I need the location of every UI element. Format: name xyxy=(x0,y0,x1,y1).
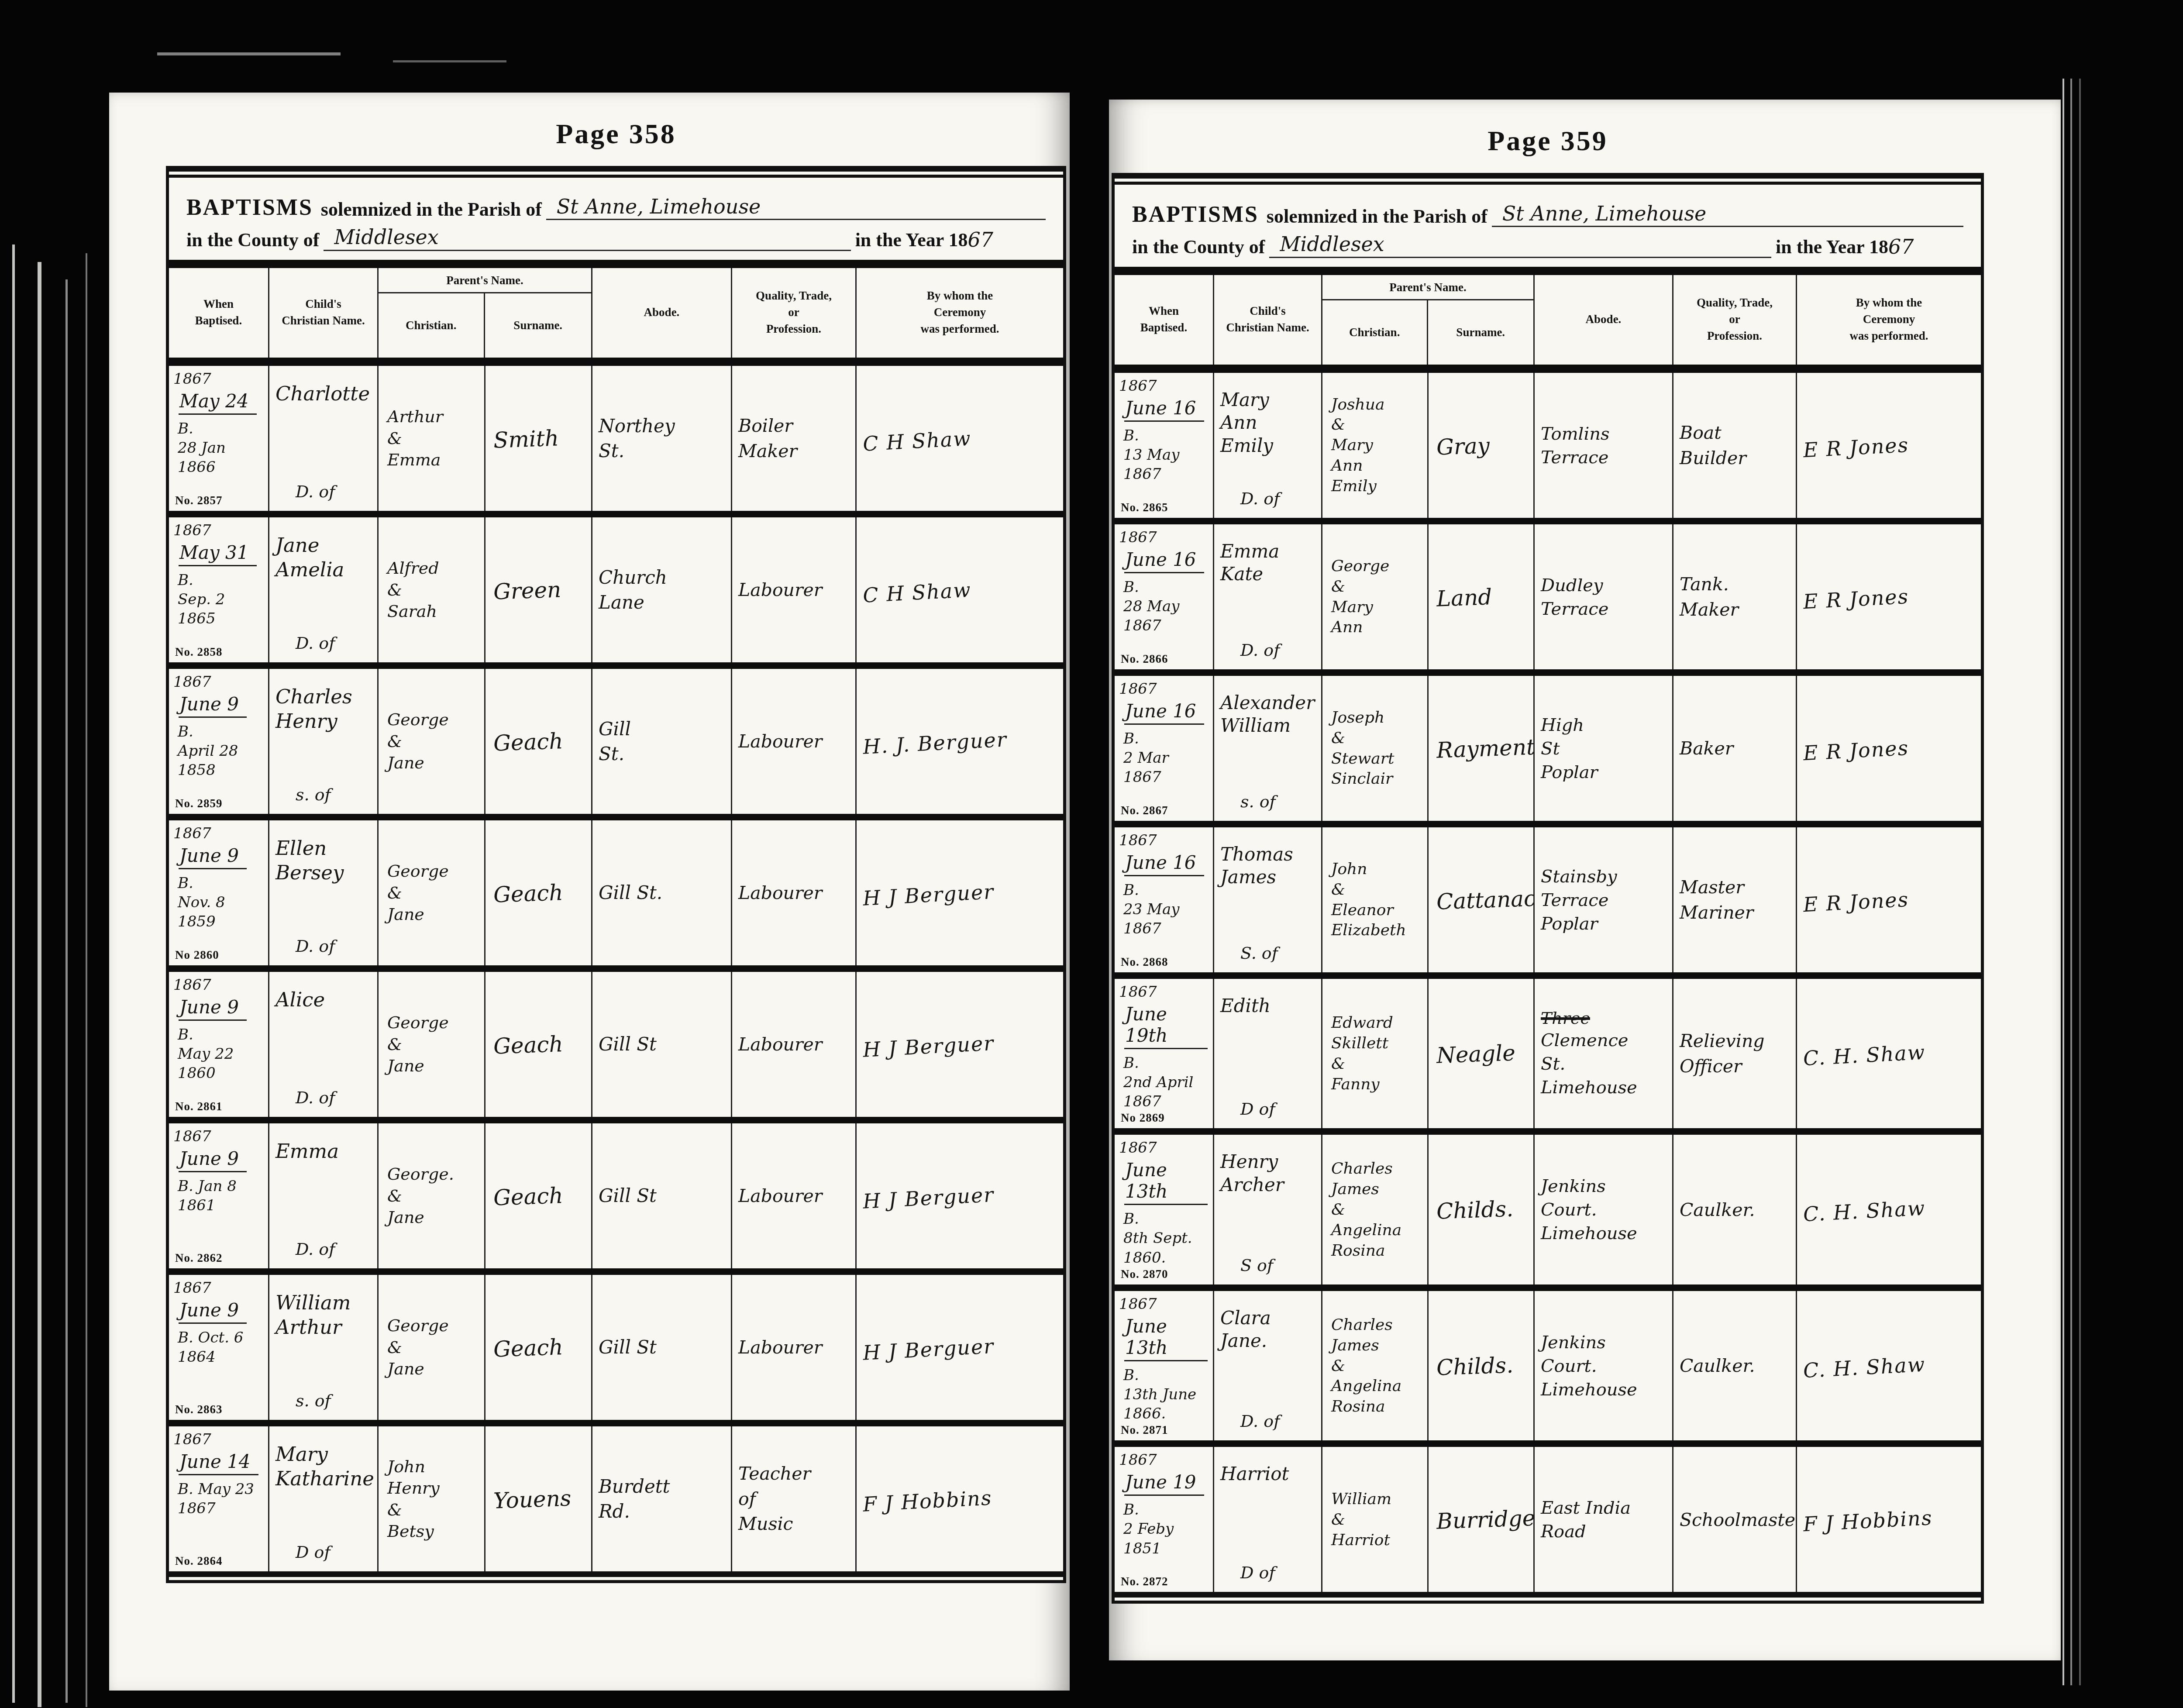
cell-parents-christian: Charles James & Angelina Rosina xyxy=(1322,1135,1429,1284)
cell-when-baptised: 1867 June 16 B. 2 Mar 1867 No. 2867 xyxy=(1115,676,1214,821)
child-name: Ellen Bersey xyxy=(275,836,372,885)
cell-abode: Stainsby Terrace Poplar xyxy=(1535,827,1673,972)
county-name: Middlesex xyxy=(1280,232,1384,256)
cell-parents-christian: Edward Skillett & Fanny xyxy=(1322,979,1429,1129)
column-header-child: Child's Christian Name. xyxy=(269,268,379,358)
entry-year: 1867 xyxy=(173,825,263,842)
profession: Labourer xyxy=(738,729,850,754)
film-edge-streak xyxy=(38,262,41,1707)
cell-minister: E R Jones xyxy=(1797,827,1981,972)
cell-minister: H. J. Berguer xyxy=(857,669,1063,814)
entry-number: No. 2867 xyxy=(1121,804,1208,817)
cell-when-baptised: 1867 June 9 B. Nov. 8 1859 No 2860 xyxy=(169,820,269,965)
family-surname: Rayment xyxy=(1436,734,1529,763)
birth-note: B. Nov. 8 1859 xyxy=(178,874,263,932)
cell-surname: Gray xyxy=(1429,373,1535,518)
cell-parents-christian: Joseph & Stewart Sinclair xyxy=(1322,676,1429,821)
cell-child-name: Thomas James S. of xyxy=(1214,827,1322,972)
cell-parents-christian: Arthur & Emma xyxy=(379,366,485,511)
cell-child-name: William Arthur s. of xyxy=(269,1275,379,1420)
cell-parents-christian: George & Mary Ann xyxy=(1322,524,1429,669)
minister-signature: H. J. Berguer xyxy=(862,725,1058,758)
profession: Caulker. xyxy=(1680,1353,1790,1378)
child-relation: D. of xyxy=(296,1088,372,1107)
parents-names: John & Eleanor Elizabeth xyxy=(1331,859,1422,941)
entry-year: 1867 xyxy=(1119,1139,1208,1157)
table-row: 1867 June 16 B. 13 May 1867 No. 2865 Mar… xyxy=(1115,373,1981,524)
baptism-date: June 9 xyxy=(179,1148,247,1172)
profession: Boat Builder xyxy=(1680,420,1790,471)
cell-abode: Church Lane xyxy=(592,517,732,662)
abode: East India Road xyxy=(1541,1496,1667,1543)
parents-names: Edward Skillett & Fanny xyxy=(1331,1013,1422,1095)
profession: Labourer xyxy=(738,1335,850,1360)
abode: Tomlins Terrace xyxy=(1541,422,1667,469)
cell-profession: Caulker. xyxy=(1673,1135,1797,1284)
child-name: Charlotte xyxy=(275,382,372,406)
profession: Labourer xyxy=(738,1184,850,1209)
entry-year: 1867 xyxy=(173,370,263,388)
profession: Relieving Officer xyxy=(1680,1029,1790,1079)
baptism-date: June 9 xyxy=(179,1299,247,1324)
baptism-date: May 31 xyxy=(179,542,257,566)
header-line2-text: in the County of xyxy=(186,230,319,251)
table-row: 1867 June 19 B. 2 Feby 1851 No. 2872 Har… xyxy=(1115,1447,1981,1592)
film-edge-streak xyxy=(65,279,68,1703)
profession: Teacher of Music xyxy=(738,1461,850,1536)
birth-note: B. 2nd April 1867 xyxy=(1123,1054,1208,1112)
column-header-child: Child's Christian Name. xyxy=(1214,275,1322,365)
minister-signature: E R Jones xyxy=(1803,429,1976,462)
cell-minister: F J Hobbins xyxy=(857,1426,1063,1571)
cell-minister: C H Shaw xyxy=(857,517,1063,662)
table-row: 1867 June 9 B. Oct. 6 1864 No. 2863 Will… xyxy=(169,1275,1063,1426)
minister-signature: E R Jones xyxy=(1803,884,1976,916)
cell-parents-christian: Charles James & Angelina Rosina xyxy=(1322,1291,1429,1441)
abode: Dudley Terrace xyxy=(1541,574,1667,621)
child-relation: D of xyxy=(296,1543,372,1562)
cell-minister: C H Shaw xyxy=(857,366,1063,511)
cell-surname: Geach xyxy=(485,1275,592,1420)
entry-year: 1867 xyxy=(173,976,263,994)
abode: High St Poplar xyxy=(1541,713,1667,784)
birth-note: B. Oct. 6 1864 xyxy=(178,1328,263,1367)
baptism-date: June 16 xyxy=(1124,700,1204,725)
cell-minister: C. H. Shaw xyxy=(1797,979,1981,1129)
cell-abode: Jenkins Court. Limehouse xyxy=(1535,1291,1673,1441)
film-top-artifact xyxy=(393,60,506,62)
cell-minister: C. H. Shaw xyxy=(1797,1291,1981,1441)
baptism-date: June 16 xyxy=(1124,397,1204,422)
cell-when-baptised: 1867 June 9 B. Jan 8 1861 No. 2862 xyxy=(169,1123,269,1268)
child-relation: s. of xyxy=(296,785,372,804)
entry-number: No. 2868 xyxy=(1121,955,1208,969)
table-row: 1867 June 9 B. May 22 1860 No. 2861 Alic… xyxy=(169,972,1063,1123)
cell-profession: Baker xyxy=(1673,676,1797,821)
table-row: 1867 May 31 B. Sep. 2 1865 No. 2858 Jane… xyxy=(169,517,1063,669)
cell-surname: Burridge xyxy=(1429,1447,1535,1592)
table-row: 1867 June 16 B. 2 Mar 1867 No. 2867 Alex… xyxy=(1115,676,1981,827)
cell-parents-christian: William & Harriot xyxy=(1322,1447,1429,1592)
cell-child-name: Emma D. of xyxy=(269,1123,379,1268)
birth-note: B. Jan 8 1861 xyxy=(178,1177,263,1215)
birth-note: B. 2 Mar 1867 xyxy=(1123,729,1208,787)
cell-profession: Master Mariner xyxy=(1673,827,1797,972)
minister-signature: E R Jones xyxy=(1803,581,1976,613)
rows-container: 1867 May 24 B. 28 Jan 1866 No. 2857 Char… xyxy=(169,366,1063,1571)
cell-parents-christian: George & Jane xyxy=(379,820,485,965)
cell-profession: Boiler Maker xyxy=(732,366,857,511)
cell-child-name: Harriot D of xyxy=(1214,1447,1322,1592)
family-surname: Geach xyxy=(493,879,586,907)
cell-parents-christian: George. & Jane xyxy=(379,1123,485,1268)
child-relation: S. of xyxy=(1240,944,1316,963)
parents-names: George & Mary Ann xyxy=(1331,556,1422,638)
child-relation: s. of xyxy=(1240,792,1316,811)
birth-note: B. 13 May 1867 xyxy=(1123,426,1208,484)
scanned-register-spread: { "columns": { "when": "When\nBaptised."… xyxy=(0,0,2183,1708)
cell-surname: Geach xyxy=(485,972,592,1117)
minister-signature: C H Shaw xyxy=(862,422,1058,455)
baptism-date: June 19th xyxy=(1124,1003,1208,1049)
baptism-date: May 24 xyxy=(179,390,257,415)
year-value: 67 xyxy=(968,229,994,251)
family-surname: Cattanach xyxy=(1436,886,1529,914)
table-row: 1867 June 16 B. 28 May 1867 No. 2866 Emm… xyxy=(1115,524,1981,676)
child-relation: S of xyxy=(1240,1256,1316,1275)
minister-signature: C. H. Shaw xyxy=(1803,1194,1976,1226)
abode: Gill St xyxy=(599,1184,726,1209)
entry-year: 1867 xyxy=(1119,529,1208,546)
column-header-bywhom: By whom the Ceremony was performed. xyxy=(1797,275,1981,365)
column-header-abode: Abode. xyxy=(592,268,732,358)
cell-abode: Northey St. xyxy=(592,366,732,511)
minister-signature: C. H. Shaw xyxy=(1803,1350,1976,1383)
parents-names: George & Jane xyxy=(387,861,479,925)
entry-year: 1867 xyxy=(173,1128,263,1145)
cell-minister: H J Berguer xyxy=(857,1275,1063,1420)
birth-note: B. 2 Feby 1851 xyxy=(1123,1500,1208,1558)
child-name: Mary Ann Emily xyxy=(1220,389,1316,458)
column-header-christian: Christian. xyxy=(379,293,485,357)
family-surname: Burridge xyxy=(1436,1506,1529,1534)
parents-names: George & Jane xyxy=(387,709,479,774)
entry-number: No. 2870 xyxy=(1121,1267,1208,1281)
cell-parents-christian: Joshua & Mary Ann Emily xyxy=(1322,373,1429,518)
cell-profession: Labourer xyxy=(732,1275,857,1420)
parents-names: Joshua & Mary Ann Emily xyxy=(1331,395,1422,497)
abode: Stainsby Terrace Poplar xyxy=(1541,865,1667,936)
minister-signature: H J Berguer xyxy=(862,1179,1058,1213)
table-row: 1867 June 9 B. Nov. 8 1859 No 2860 Ellen… xyxy=(169,820,1063,972)
column-header-surname: Surname. xyxy=(485,293,592,357)
column-header-bywhom: By whom the Ceremony was performed. xyxy=(857,268,1063,358)
cell-abode: Dudley Terrace xyxy=(1535,524,1673,669)
child-relation: s. of xyxy=(296,1391,372,1410)
cell-child-name: Emma Kate D. of xyxy=(1214,524,1322,669)
parents-names: George & Jane xyxy=(387,1315,479,1380)
cell-minister: H J Berguer xyxy=(857,820,1063,965)
minister-signature: C. H. Shaw xyxy=(1803,1038,1976,1071)
abode: Gill St xyxy=(599,1032,726,1057)
child-relation: D of xyxy=(1240,1099,1316,1119)
parents-names: Alfred & Sarah xyxy=(387,558,479,622)
entry-year: 1867 xyxy=(1119,680,1208,698)
child-name: Mary Katharine xyxy=(275,1442,372,1491)
entry-year: 1867 xyxy=(1119,1451,1208,1469)
parents-names: Charles James & Angelina Rosina xyxy=(1331,1159,1422,1261)
minister-signature: F J Hobbins xyxy=(1803,1504,1976,1536)
entry-year: 1867 xyxy=(1119,377,1208,395)
table-top-rule xyxy=(1115,173,1981,185)
header-line2-text: in the County of xyxy=(1132,237,1265,258)
child-relation: D. of xyxy=(296,1240,372,1259)
register-page-358: Page 358 BAPTISMS solemnized in the Pari… xyxy=(109,93,1070,1691)
baptism-date: June 13th xyxy=(1124,1159,1208,1205)
column-header-christian: Christian. xyxy=(1322,300,1428,364)
entry-number: No. 2858 xyxy=(175,645,263,659)
cell-child-name: Henry Archer S of xyxy=(1214,1135,1322,1284)
child-name: Charles Henry xyxy=(275,685,372,734)
family-surname: Gray xyxy=(1436,431,1529,460)
child-name: Clara Jane. xyxy=(1220,1307,1316,1353)
cell-profession: Relieving Officer xyxy=(1673,979,1797,1129)
entry-year: 1867 xyxy=(173,1431,263,1448)
cell-child-name: Ellen Bersey D. of xyxy=(269,820,379,965)
cell-when-baptised: 1867 June 19 B. 2 Feby 1851 No. 2872 xyxy=(1115,1447,1214,1592)
abode: Church Lane xyxy=(599,565,726,615)
entry-year: 1867 xyxy=(173,1279,263,1297)
family-surname: Geach xyxy=(493,1333,586,1362)
column-header-row: When Baptised. Child's Christian Name. P… xyxy=(169,268,1063,358)
cell-minister: C. H. Shaw xyxy=(1797,1135,1981,1284)
table-bottom-rule xyxy=(1115,1592,1981,1604)
entry-number: No. 2862 xyxy=(175,1251,263,1265)
cell-child-name: Mary Ann Emily D. of xyxy=(1214,373,1322,518)
header-line1-text: solemnized in the Parish of xyxy=(1267,206,1487,227)
header-year-text: in the Year 18 xyxy=(855,230,968,251)
parish-name: St Anne, Limehouse xyxy=(557,195,761,218)
abode: Northey St. xyxy=(599,414,726,463)
profession: Baker xyxy=(1680,736,1790,761)
birth-note: B. 28 Jan 1866 xyxy=(178,419,263,477)
abode: Clemence St. Limehouse xyxy=(1541,1029,1667,1099)
minister-signature: C H Shaw xyxy=(862,573,1058,607)
baptism-date: June 9 xyxy=(179,996,247,1021)
parents-names: Arthur & Emma xyxy=(387,406,479,471)
child-relation: D. of xyxy=(1240,640,1316,660)
cell-profession: Labourer xyxy=(732,669,857,814)
cell-abode: Gill St. xyxy=(592,669,732,814)
profession: Labourer xyxy=(738,1032,850,1057)
table-row: 1867 June 16 B. 23 May 1867 No. 2868 Tho… xyxy=(1115,827,1981,979)
cell-profession: Caulker. xyxy=(1673,1291,1797,1441)
cell-when-baptised: 1867 May 24 B. 28 Jan 1866 No. 2857 xyxy=(169,366,269,511)
child-relation: D. of xyxy=(1240,1412,1316,1431)
entry-number: No. 2866 xyxy=(1121,652,1208,666)
cell-surname: Cattanach xyxy=(1429,827,1535,972)
family-surname: Green xyxy=(493,576,586,604)
cell-when-baptised: 1867 June 13th B. 13th June 1866. No. 28… xyxy=(1115,1291,1214,1441)
cell-parents-christian: John & Eleanor Elizabeth xyxy=(1322,827,1429,972)
abode: Jenkins Court. Limehouse xyxy=(1541,1174,1667,1245)
birth-note: B. 28 May 1867 xyxy=(1123,578,1208,636)
child-name: Alice xyxy=(275,988,372,1012)
family-surname: Childs. xyxy=(1436,1352,1529,1380)
cell-child-name: Clara Jane. D. of xyxy=(1214,1291,1322,1441)
baptism-date: June 9 xyxy=(179,845,247,869)
cell-child-name: Alice D. of xyxy=(269,972,379,1117)
column-header-abode: Abode. xyxy=(1535,275,1673,365)
family-surname: Geach xyxy=(493,1030,586,1059)
cell-surname: Geach xyxy=(485,669,592,814)
column-header-quality: Quality, Trade, or Profession. xyxy=(732,268,857,358)
cell-surname: Neagle xyxy=(1429,979,1535,1129)
cell-surname: Youens xyxy=(485,1426,592,1571)
cell-abode: High St Poplar xyxy=(1535,676,1673,821)
child-name: Emma xyxy=(275,1139,372,1164)
cell-profession: Labourer xyxy=(732,972,857,1117)
profession: Schoolmaster xyxy=(1680,1508,1790,1532)
table-top-rule xyxy=(169,166,1063,178)
parents-names: Joseph & Stewart Sinclair xyxy=(1331,708,1422,789)
birth-note: B. 23 May 1867 xyxy=(1123,881,1208,939)
cell-surname: Geach xyxy=(485,820,592,965)
cell-minister: H J Berguer xyxy=(857,972,1063,1117)
cell-child-name: Jane Amelia D. of xyxy=(269,517,379,662)
column-header-parents: Parent's Name. Christian. Surname. xyxy=(1322,275,1535,365)
baptism-table: BAPTISMS solemnized in the Parish of St … xyxy=(1112,173,1984,1604)
cell-when-baptised: 1867 June 19th B. 2nd April 1867 No 2869 xyxy=(1115,979,1214,1129)
profession: Caulker. xyxy=(1680,1198,1790,1222)
minister-signature: H J Berguer xyxy=(862,876,1058,910)
cell-abode: Burdett Rd. xyxy=(592,1426,732,1571)
cell-surname: Geach xyxy=(485,1123,592,1268)
minister-signature: H J Berguer xyxy=(862,1028,1058,1061)
entry-number: No. 2859 xyxy=(175,797,263,810)
birth-note: B. Sep. 2 1865 xyxy=(178,571,263,629)
parents-names: George & Jane xyxy=(387,1012,479,1077)
cell-when-baptised: 1867 June 16 B. 13 May 1867 No. 2865 xyxy=(1115,373,1214,518)
cell-parents-christian: Alfred & Sarah xyxy=(379,517,485,662)
entry-year: 1867 xyxy=(173,522,263,539)
register-page-359: Page 359 BAPTISMS solemnized in the Pari… xyxy=(1109,100,2061,1660)
cell-abode: Jenkins Court. Limehouse xyxy=(1535,1135,1673,1284)
cell-profession: Labourer xyxy=(732,820,857,965)
page-title: Page 359 xyxy=(1112,100,1984,173)
divider-bar xyxy=(1115,267,1981,275)
family-surname: Geach xyxy=(493,727,586,756)
cell-when-baptised: 1867 June 9 B. May 22 1860 No. 2861 xyxy=(169,972,269,1117)
child-relation: D of xyxy=(1240,1563,1316,1582)
parents-names: George. & Jane xyxy=(387,1164,479,1228)
header-baptisms-word: BAPTISMS xyxy=(186,195,313,220)
table-row: 1867 June 9 B. Jan 8 1861 No. 2862 Emma … xyxy=(169,1123,1063,1275)
entry-number: No 2860 xyxy=(175,948,263,962)
page-stack-edge xyxy=(2060,79,2091,1685)
header-line1-text: solemnized in the Parish of xyxy=(321,199,542,220)
cell-surname: Land xyxy=(1429,524,1535,669)
child-relation: D. of xyxy=(1240,489,1316,508)
cell-when-baptised: 1867 June 16 B. 28 May 1867 No. 2866 xyxy=(1115,524,1214,669)
cell-surname: Green xyxy=(485,517,592,662)
cell-minister: F J Hobbins xyxy=(1797,1447,1981,1592)
table-row: 1867 May 24 B. 28 Jan 1866 No. 2857 Char… xyxy=(169,366,1063,517)
baptism-date: June 16 xyxy=(1124,549,1204,573)
child-relation: D. of xyxy=(296,937,372,956)
entry-number: No. 2871 xyxy=(1121,1423,1208,1437)
film-edge-streak xyxy=(86,253,87,1707)
family-surname: Youens xyxy=(493,1485,586,1513)
baptism-date: June 19 xyxy=(1124,1471,1204,1496)
column-header-quality: Quality, Trade, or Profession. xyxy=(1673,275,1797,365)
entry-number: No. 2865 xyxy=(1121,501,1208,514)
divider-bar xyxy=(169,260,1063,268)
child-name: Harriot xyxy=(1220,1463,1316,1486)
column-header-surname: Surname. xyxy=(1428,300,1534,364)
cell-profession: Boat Builder xyxy=(1673,373,1797,518)
baptism-date: June 16 xyxy=(1124,852,1204,876)
child-name: William Arthur xyxy=(275,1291,372,1340)
entry-number: No. 2872 xyxy=(1121,1575,1208,1588)
entry-number: No 2869 xyxy=(1121,1111,1208,1125)
cell-abode: Gill St xyxy=(592,1275,732,1420)
column-header-parents: Parent's Name. Christian. Surname. xyxy=(379,268,592,358)
family-surname: Smith xyxy=(493,424,586,453)
cell-when-baptised: 1867 June 9 B. April 28 1858 No. 2859 xyxy=(169,669,269,814)
column-header-row: When Baptised. Child's Christian Name. P… xyxy=(1115,275,1981,365)
table-row: 1867 June 13th B. 13th June 1866. No. 28… xyxy=(1115,1291,1981,1447)
cell-surname: Smith xyxy=(485,366,592,511)
cell-profession: Labourer xyxy=(732,517,857,662)
entry-year: 1867 xyxy=(1119,1295,1208,1313)
child-relation: D. of xyxy=(296,634,372,653)
cell-when-baptised: 1867 May 31 B. Sep. 2 1865 No. 2858 xyxy=(169,517,269,662)
cell-parents-christian: George & Jane xyxy=(379,669,485,814)
cell-when-baptised: 1867 June 14 B. May 23 1867 No. 2864 xyxy=(169,1426,269,1571)
register-header: BAPTISMS solemnized in the Parish of St … xyxy=(169,178,1063,260)
entry-number: No. 2864 xyxy=(175,1554,263,1568)
family-surname: Land xyxy=(1436,583,1529,611)
cell-child-name: Charlotte D. of xyxy=(269,366,379,511)
profession: Labourer xyxy=(738,578,850,603)
child-name: Henry Archer xyxy=(1220,1150,1316,1196)
abode: Gill St. xyxy=(599,717,726,766)
cell-profession: Teacher of Music xyxy=(732,1426,857,1571)
child-name: Emma Kate xyxy=(1220,540,1316,586)
child-name: Edith xyxy=(1220,995,1316,1018)
minister-signature: F J Hobbins xyxy=(862,1482,1058,1516)
profession: Tank. Maker xyxy=(1680,572,1790,622)
family-surname: Childs. xyxy=(1436,1196,1529,1224)
cell-when-baptised: 1867 June 16 B. 23 May 1867 No. 2868 xyxy=(1115,827,1214,972)
page-title: Page 358 xyxy=(166,93,1066,166)
year-value: 67 xyxy=(1888,236,1914,258)
cell-abode: Gill St xyxy=(592,1123,732,1268)
cell-abode: Three Clemence St. Limehouse xyxy=(1535,979,1673,1129)
county-name: Middlesex xyxy=(334,225,438,249)
birth-note: B. May 23 1867 xyxy=(178,1480,263,1518)
cell-child-name: Charles Henry s. of xyxy=(269,669,379,814)
header-year-text: in the Year 18 xyxy=(1776,237,1888,258)
baptism-table: BAPTISMS solemnized in the Parish of St … xyxy=(166,166,1066,1583)
birth-note: B. April 28 1858 xyxy=(178,722,263,780)
cell-minister: E R Jones xyxy=(1797,373,1981,518)
abode: Gill St. xyxy=(599,881,726,906)
table-bottom-rule xyxy=(169,1571,1063,1583)
cell-abode: Gill St xyxy=(592,972,732,1117)
table-row: 1867 June 19th B. 2nd April 1867 No 2869… xyxy=(1115,979,1981,1135)
